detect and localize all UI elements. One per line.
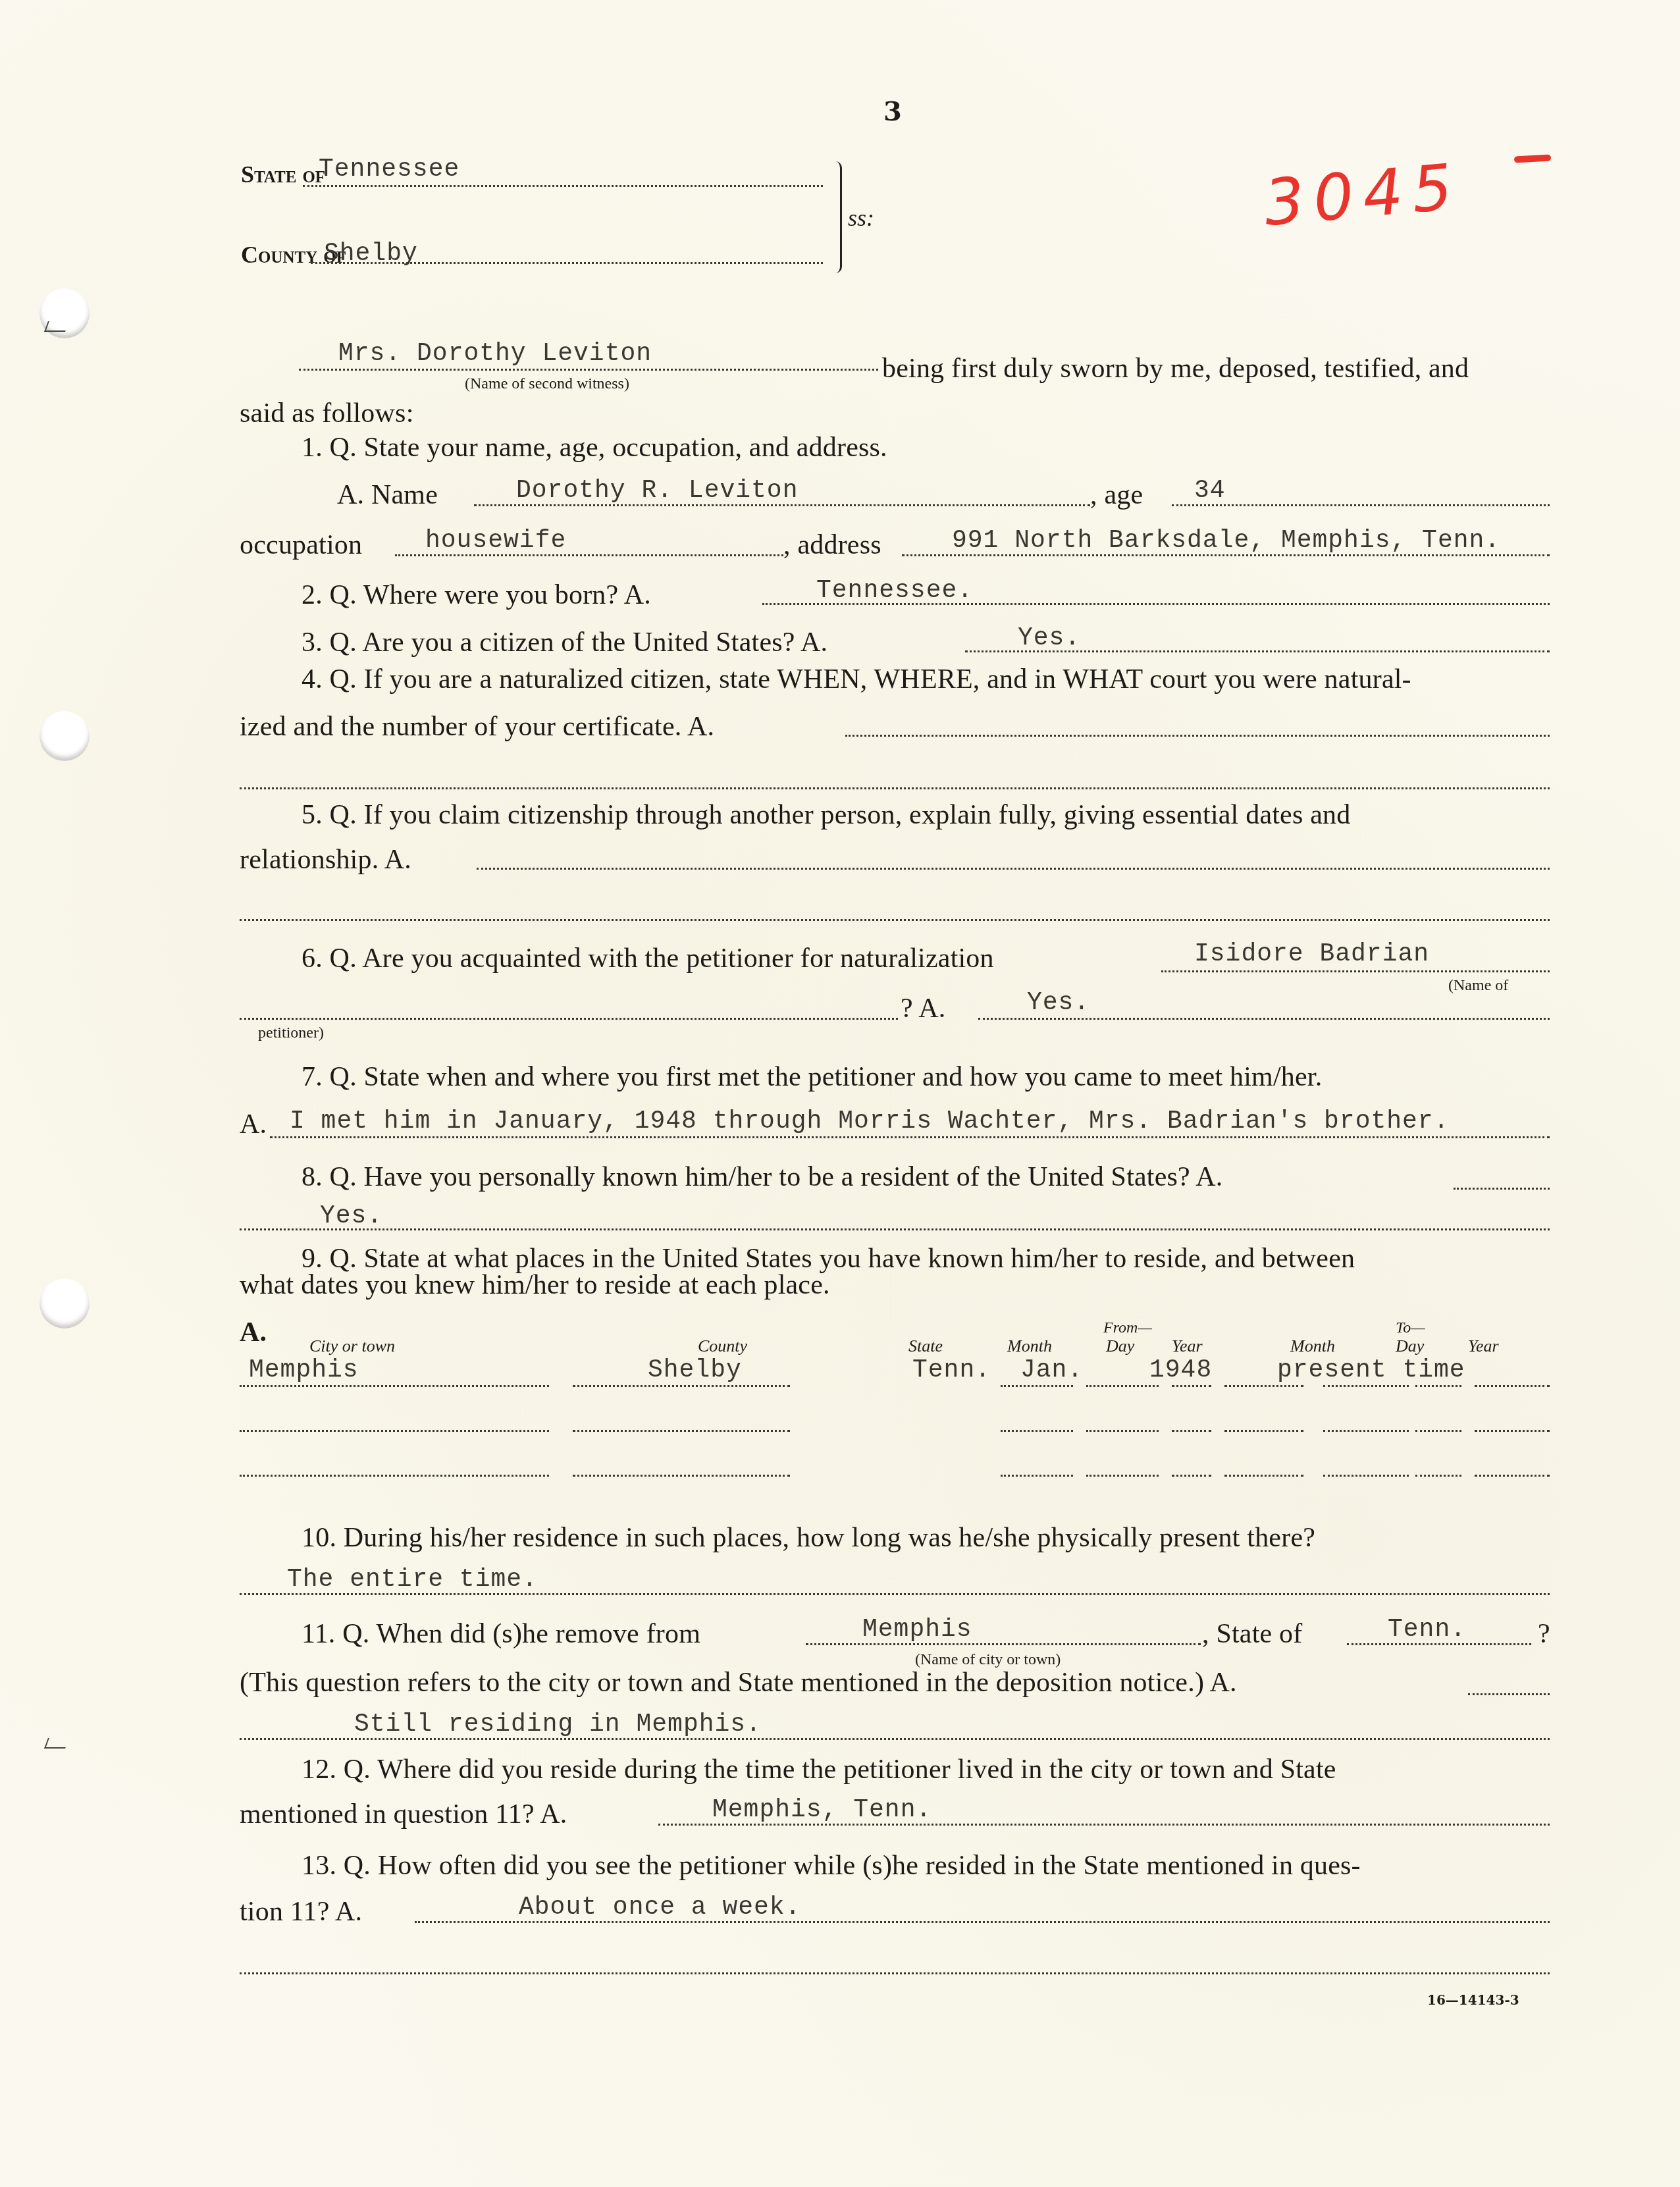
q4-text-line2: ized and the number of your certificate.… — [240, 711, 714, 743]
q11-text-b: , State of — [1202, 1618, 1302, 1650]
said-text: said as follows: — [240, 398, 414, 429]
q12-text-line1: 12. Q. Where did you reside during the t… — [302, 1754, 1336, 1785]
residence-row-line — [1172, 1385, 1211, 1387]
residence-row-line — [1224, 1430, 1303, 1432]
witness-caption: (Name of second witness) — [465, 375, 629, 393]
q9-to-label: To— — [1396, 1319, 1425, 1337]
margin-mark — [44, 321, 69, 332]
q13-line — [415, 1921, 1550, 1923]
residence-row-line — [1001, 1385, 1073, 1387]
q8-line — [240, 1228, 1550, 1230]
q6-petitioner-line — [1161, 970, 1550, 972]
residence-row-line — [1323, 1430, 1409, 1432]
q11-city[interactable]: Memphis — [862, 1616, 972, 1644]
residence-row-line — [1323, 1475, 1409, 1477]
ss-label: ss: — [848, 204, 874, 232]
q2-line — [762, 603, 1550, 605]
q7-line — [270, 1136, 1550, 1138]
q6-qmark: ? A. — [901, 993, 945, 1024]
q1-address-value[interactable]: 991 North Barksdale, Memphis, Tenn. — [952, 527, 1500, 555]
residence-row-line — [1172, 1475, 1211, 1477]
residence-from-year[interactable]: 1948 — [1149, 1356, 1212, 1384]
q1-occupation-label: occupation — [240, 529, 362, 561]
q4-line-2 — [240, 787, 1550, 789]
residence-row-line — [240, 1385, 549, 1387]
residence-row-line — [1415, 1430, 1461, 1432]
q11-text-a: 11. Q. When did (s)he remove from — [302, 1618, 700, 1650]
q1-age-line — [1172, 504, 1550, 506]
q11-state[interactable]: Tenn. — [1388, 1616, 1466, 1644]
q1-address-line — [902, 554, 1550, 556]
q6-petitioner[interactable]: Isidore Badrian — [1194, 940, 1429, 968]
q1-occupation-value[interactable]: housewife — [425, 527, 566, 555]
punch-hole — [39, 1278, 90, 1329]
q5-line — [477, 868, 1550, 870]
residence-row-line — [240, 1430, 549, 1432]
residence-row-line — [1086, 1430, 1159, 1432]
residence-row-line — [1224, 1385, 1303, 1387]
q13-answer[interactable]: About once a week. — [519, 1893, 801, 1922]
form-number: 16—14143-3 — [1427, 1992, 1519, 2008]
q11-qmark: ? — [1538, 1618, 1550, 1650]
residence-col-header: Day — [1396, 1336, 1424, 1356]
residence-row-line — [240, 1475, 549, 1477]
residence-state[interactable]: Tenn. — [912, 1356, 991, 1384]
residence-row-line — [573, 1475, 790, 1477]
q10-answer[interactable]: The entire time. — [287, 1566, 538, 1594]
q13-text-line1: 13. Q. How often did you see the petitio… — [302, 1850, 1361, 1882]
residence-col-header: Month — [1007, 1336, 1052, 1356]
q8-answer[interactable]: Yes. — [320, 1202, 382, 1230]
page-number: 3 — [883, 96, 902, 127]
q11-text-line2: (This question refers to the city or tow… — [240, 1667, 1237, 1699]
q12-text-line2: mentioned in question 11? A. — [240, 1799, 567, 1830]
sworn-text: being first duly sworn by me, deposed, t… — [882, 353, 1469, 384]
q1-address-label: , address — [783, 529, 881, 561]
q12-line — [658, 1824, 1550, 1826]
residence-row-line — [1475, 1385, 1550, 1387]
q11-answer[interactable]: Still residing in Memphis. — [354, 1710, 762, 1739]
q6-text: 6. Q. Are you acquainted with the petiti… — [302, 943, 994, 974]
q12-answer[interactable]: Memphis, Tenn. — [712, 1796, 932, 1824]
q1-text: 1. Q. State your name, age, occupation, … — [302, 432, 887, 463]
q11-state-line — [1347, 1643, 1531, 1645]
residence-col-header: State — [908, 1336, 943, 1356]
q1-age-label: , age — [1090, 479, 1143, 511]
q11-city-caption: (Name of city or town) — [915, 1651, 1061, 1669]
residence-col-header: Month — [1290, 1336, 1335, 1356]
residence-row-line — [1415, 1385, 1461, 1387]
q6-answer-line — [978, 1018, 1550, 1020]
q5-text-line2: relationship. A. — [240, 844, 411, 876]
residence-row-line — [573, 1430, 790, 1432]
q6-petitioner-line-2 — [240, 1018, 898, 1020]
margin-mark — [44, 1738, 69, 1749]
q11-line — [240, 1738, 1550, 1740]
residence-col-header: County — [698, 1336, 747, 1356]
residence-row-line — [1086, 1385, 1159, 1387]
residence-row-line — [573, 1385, 790, 1387]
residence-col-header: Day — [1106, 1336, 1134, 1356]
q9-from-label: From— — [1103, 1319, 1152, 1337]
witness-line — [299, 369, 878, 371]
q3-line — [965, 650, 1550, 652]
q10-line — [240, 1593, 1550, 1595]
q8-line-end — [1454, 1188, 1550, 1190]
state-label: State of — [241, 161, 325, 188]
q10-text: 10. During his/her residence in such pla… — [302, 1522, 1315, 1554]
q7-label: A. — [240, 1109, 267, 1140]
q8-text: 8. Q. Have you personally known him/her … — [302, 1161, 1223, 1193]
residence-row-line — [1323, 1385, 1409, 1387]
residence-city[interactable]: Memphis — [249, 1356, 359, 1384]
residence-row-line — [1001, 1475, 1073, 1477]
q3-answer[interactable]: Yes. — [1018, 624, 1080, 652]
residence-col-header: Year — [1172, 1336, 1203, 1356]
q1-name-line — [474, 504, 1090, 506]
q4-text-line1: 4. Q. If you are a naturalized citizen, … — [302, 664, 1411, 695]
q6-caption-b: petitioner) — [258, 1024, 324, 1042]
residence-county[interactable]: Shelby — [648, 1356, 742, 1384]
q1-occupation-line — [395, 554, 783, 556]
residence-row-line — [1172, 1430, 1211, 1432]
residence-to[interactable]: present time — [1277, 1356, 1465, 1384]
residence-row-line — [1475, 1430, 1550, 1432]
ss-brace — [831, 161, 842, 273]
q9-text-line2: what dates you knew him/her to reside at… — [240, 1269, 830, 1301]
q11-city-line — [806, 1643, 1201, 1645]
q4-line — [845, 735, 1550, 737]
q1-name-value[interactable]: Dorothy R. Leviton — [516, 477, 798, 505]
witness-name[interactable]: Mrs. Dorothy Leviton — [338, 340, 652, 368]
residence-row-line — [1415, 1475, 1461, 1477]
q13-line-2 — [240, 1972, 1550, 1974]
residence-col-header: Year — [1468, 1336, 1499, 1356]
residence-row-line — [1475, 1475, 1550, 1477]
q7-answer[interactable]: I met him in January, 1948 through Morri… — [290, 1107, 1449, 1136]
q1-name-label: A. Name — [337, 479, 438, 511]
q9-label: A. — [240, 1317, 267, 1348]
q2-text: 2. Q. Where were you born? A. — [302, 579, 651, 611]
q5-text-line1: 5. Q. If you claim citizenship through a… — [302, 799, 1350, 831]
punch-hole — [39, 711, 90, 761]
q6-caption-a: (Name of — [1448, 977, 1508, 995]
residence-row-line — [1086, 1475, 1159, 1477]
q2-answer[interactable]: Tennessee. — [816, 577, 973, 605]
q11-line-end — [1468, 1693, 1550, 1695]
county-line — [311, 262, 823, 264]
q3-text: 3. Q. Are you a citizen of the United St… — [302, 627, 827, 658]
state-value[interactable]: Tennessee — [319, 155, 459, 184]
q5-line-2 — [240, 919, 1550, 921]
q1-age-value[interactable]: 34 — [1194, 477, 1226, 505]
q7-text: 7. Q. State when and where you first met… — [302, 1061, 1322, 1093]
state-line — [303, 185, 823, 187]
residence-row-line — [1001, 1430, 1073, 1432]
q13-text-line2: tion 11? A. — [240, 1896, 362, 1928]
residence-col-header: City or town — [309, 1336, 395, 1356]
q6-answer[interactable]: Yes. — [1027, 989, 1089, 1017]
residence-from-month[interactable]: Jan. — [1020, 1356, 1083, 1384]
residence-row-line — [1224, 1475, 1303, 1477]
